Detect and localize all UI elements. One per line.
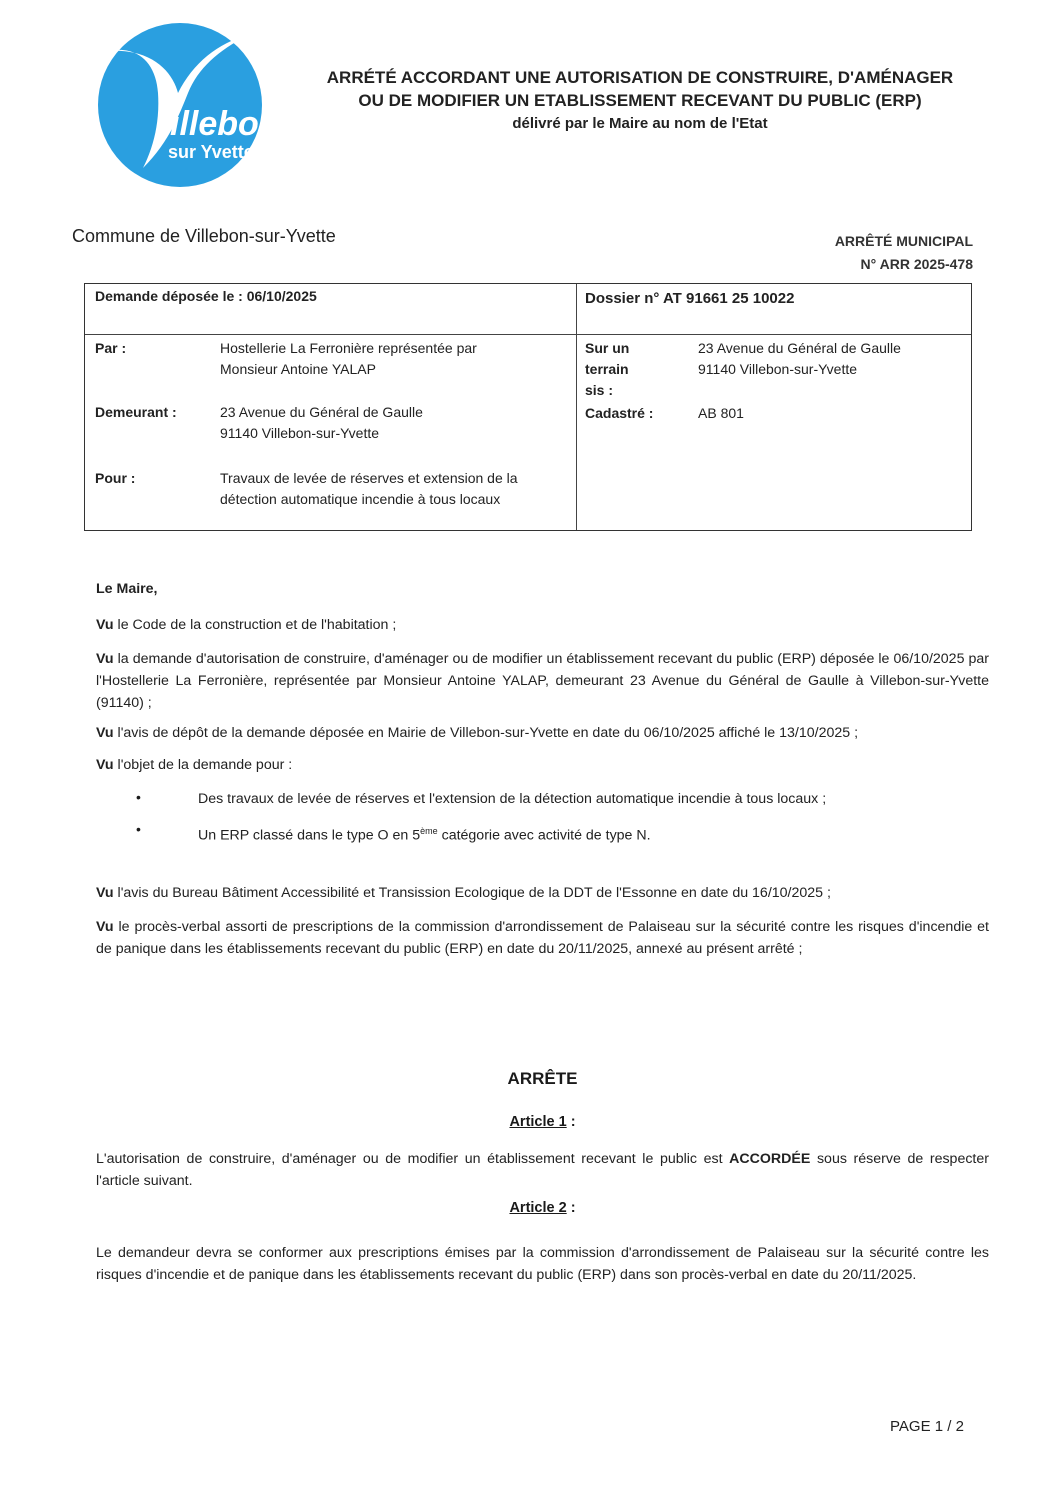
terrain-label-line-2: terrain xyxy=(585,359,629,380)
le-maire: Le Maire, xyxy=(96,578,989,600)
pour-value-line-2: détection automatique incendie à tous lo… xyxy=(220,489,518,510)
bullet-icon: • xyxy=(136,821,141,837)
bullet-item-2: Un ERP classé dans le type O en 5ème cat… xyxy=(198,820,651,847)
vu-text: le Code de la construction et de l'habit… xyxy=(114,617,397,633)
arrete-municipal-block: ARRÊTÉ MUNICIPAL N° ARR 2025-478 xyxy=(790,230,973,276)
terrain-label: Sur un terrain sis : xyxy=(585,338,629,401)
vu-keyword: Vu xyxy=(96,757,114,773)
vu-paragraph-5: Vu l'avis du Bureau Bâtiment Accessibili… xyxy=(96,882,989,904)
cadastre-value: AB 801 xyxy=(698,403,744,424)
request-info-table: Demande déposée le : 06/10/2025 Dossier … xyxy=(84,283,972,531)
logo-text-main: illebon xyxy=(170,105,263,143)
bullet-2-text-end: catégorie avec activité de type N. xyxy=(438,828,651,844)
vu-keyword: Vu xyxy=(96,919,114,935)
title-subtitle: délivré par le Maire au nom de l'Etat xyxy=(300,112,980,135)
pour-value-line-1: Travaux de levée de réserves et extensio… xyxy=(220,468,518,489)
vu-paragraph-3: Vu l'avis de dépôt de la demande déposée… xyxy=(96,722,989,744)
terrain-value-line-2: 91140 Villebon-sur-Yvette xyxy=(698,359,901,380)
terrain-label-line-1: Sur un xyxy=(585,338,629,359)
table-row-divider xyxy=(85,334,971,335)
par-value: Hostellerie La Ferronière représentée pa… xyxy=(220,338,477,380)
arrete-heading: ARRÊTE xyxy=(96,1069,989,1089)
pour-value: Travaux de levée de réserves et extensio… xyxy=(220,468,518,510)
terrain-value-line-1: 23 Avenue du Général de Gaulle xyxy=(698,338,901,359)
article-1-heading: Article 1 : xyxy=(96,1114,989,1130)
dossier-number: Dossier n° AT 91661 25 10022 xyxy=(585,288,794,309)
vu-paragraph-2: Vu la demande d'autorisation de construi… xyxy=(96,648,989,714)
vu-keyword: Vu xyxy=(96,651,114,667)
article-1-text: L'autorisation de construire, d'aménager… xyxy=(96,1148,989,1192)
document-title: ARRÉTÉ ACCORDANT UNE AUTORISATION DE CON… xyxy=(300,66,980,135)
commune-name: Commune de Villebon-sur-Yvette xyxy=(72,226,336,247)
vu-text: le procès-verbal assorti de prescription… xyxy=(96,919,989,957)
demeurant-value-line-1: 23 Avenue du Général de Gaulle xyxy=(220,402,423,423)
vu-text: l'objet de la demande pour : xyxy=(114,757,293,773)
demeurant-value-line-2: 91140 Villebon-sur-Yvette xyxy=(220,423,423,444)
page-number: PAGE 1 / 2 xyxy=(890,1418,964,1435)
cadastre-label: Cadastré : xyxy=(585,403,653,424)
vu-text: l'avis du Bureau Bâtiment Accessibilité … xyxy=(114,885,831,901)
vu-paragraph-4: Vu l'objet de la demande pour : xyxy=(96,754,989,776)
par-value-line-1: Hostellerie La Ferronière représentée pa… xyxy=(220,338,477,359)
terrain-label-line-3: sis : xyxy=(585,380,629,401)
table-column-divider xyxy=(576,284,577,530)
demande-deposee: Demande déposée le : 06/10/2025 xyxy=(95,286,317,307)
bullet-item-1: Des travaux de levée de réserves et l'ex… xyxy=(198,788,826,810)
terrain-value: 23 Avenue du Général de Gaulle 91140 Vil… xyxy=(698,338,901,380)
article-2-heading: Article 2 : xyxy=(96,1200,989,1216)
article-1-title: Article 1 xyxy=(509,1114,566,1130)
arrete-municipal-label: ARRÊTÉ MUNICIPAL xyxy=(790,230,973,253)
demeurant-label: Demeurant : xyxy=(95,402,177,423)
par-label: Par : xyxy=(95,338,126,359)
title-line-1: ARRÉTÉ ACCORDANT UNE AUTORISATION DE CON… xyxy=(300,66,980,89)
accordee-keyword: ACCORDÉE xyxy=(729,1151,810,1167)
bullet-icon: • xyxy=(136,789,141,805)
par-value-line-2: Monsieur Antoine YALAP xyxy=(220,359,477,380)
article-2-text: Le demandeur devra se conformer aux pres… xyxy=(96,1242,989,1286)
villebon-logo: illebon sur Yvette xyxy=(98,23,263,188)
article-2-colon: : xyxy=(567,1200,576,1216)
bullet-2-superscript: ème xyxy=(420,826,438,836)
vu-keyword: Vu xyxy=(96,617,114,633)
logo-text-sub: sur Yvette xyxy=(168,142,254,162)
vu-paragraph-6: Vu le procès-verbal assorti de prescript… xyxy=(96,916,989,960)
article-1-text-start: L'autorisation de construire, d'aménager… xyxy=(96,1151,729,1167)
vu-keyword: Vu xyxy=(96,885,114,901)
vu-keyword: Vu xyxy=(96,725,114,741)
title-line-2: OU DE MODIFIER UN ETABLISSEMENT RECEVANT… xyxy=(300,89,980,112)
pour-label: Pour : xyxy=(95,468,135,489)
vu-paragraph-1: Vu le Code de la construction et de l'ha… xyxy=(96,614,989,636)
vu-text: l'avis de dépôt de la demande déposée en… xyxy=(114,725,858,741)
demeurant-value: 23 Avenue du Général de Gaulle 91140 Vil… xyxy=(220,402,423,444)
vu-text: la demande d'autorisation de construire,… xyxy=(96,651,989,711)
article-1-colon: : xyxy=(567,1114,576,1130)
bullet-2-text: Un ERP classé dans le type O en 5 xyxy=(198,828,420,844)
article-2-title: Article 2 xyxy=(509,1200,566,1216)
arrete-municipal-number: N° ARR 2025-478 xyxy=(790,253,973,276)
